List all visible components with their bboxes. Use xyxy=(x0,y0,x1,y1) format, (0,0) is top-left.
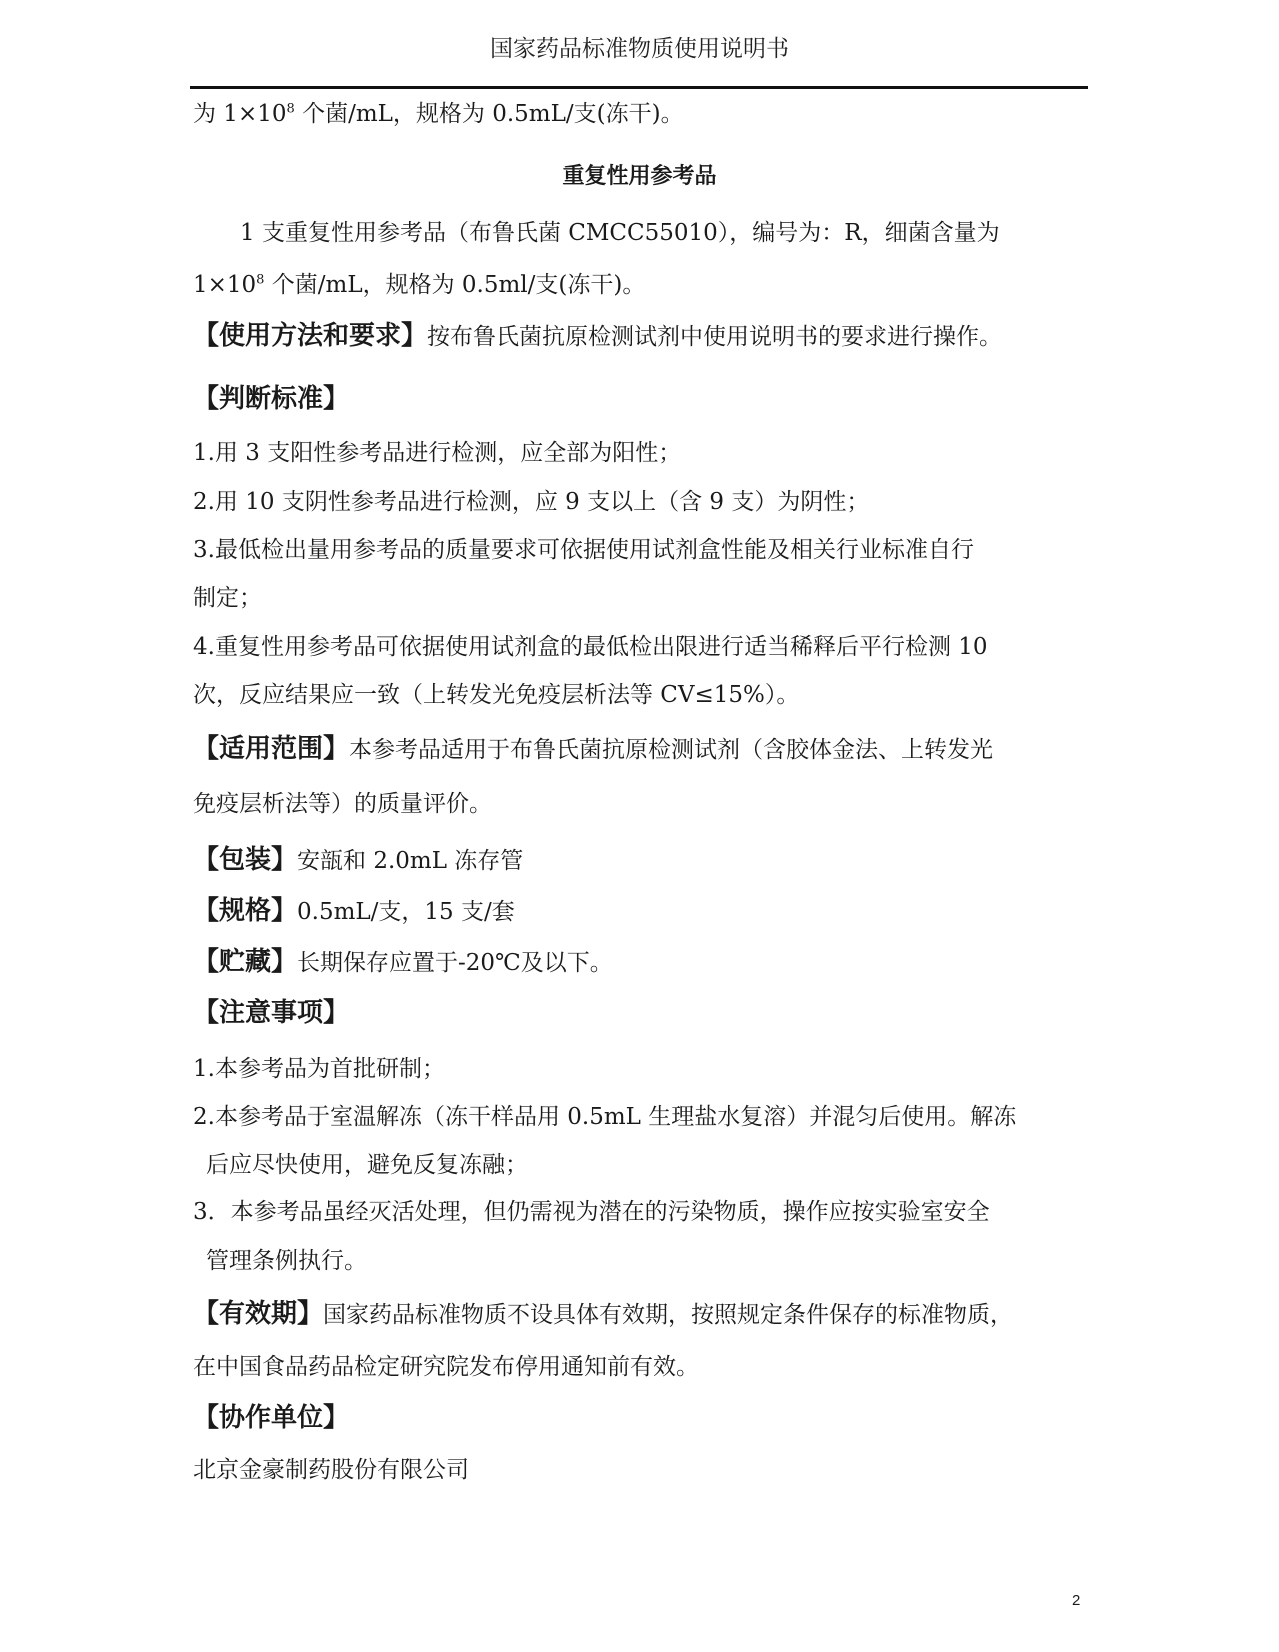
criteria-item-1: 1.用 3 支阳性参考品进行检测，应全部为阳性； xyxy=(193,438,681,468)
notes-item-3-cont: 管理条例执行。 xyxy=(206,1246,367,1276)
collaborator-name: 北京金豪制药股份有限公司 xyxy=(193,1455,469,1485)
scope-heading: 【适用范围】 xyxy=(193,734,349,764)
criteria-heading: 【判断标准】 xyxy=(193,384,349,414)
usage-heading: 【使用方法和要求】 xyxy=(193,321,427,351)
notes-heading: 【注意事项】 xyxy=(193,998,349,1028)
scope-text-cont: 免疫层析法等）的质量评价。 xyxy=(193,789,492,819)
criteria-item-3: 3.最低检出量用参考品的质量要求可依据使用试剂盒性能及相关行业标准自行 xyxy=(193,535,974,565)
storage-text: 长期保存应置于-20℃及以下。 xyxy=(297,950,613,976)
validity-text-cont: 在中国食品药品检定研究院发布停用通知前有效。 xyxy=(193,1352,699,1382)
notes-item-1: 1.本参考品为首批研制； xyxy=(193,1054,445,1084)
criteria-item-3-cont: 制定； xyxy=(193,583,262,613)
intro-text-b: 个菌/mL，规格为 0.5mL/支(冻干)。 xyxy=(295,101,684,127)
rep-text-a: 1×10 xyxy=(193,272,256,298)
intro-line: 为 1×108 个菌/mL，规格为 0.5mL/支(冻干)。 xyxy=(193,99,684,129)
rep-text-b: 个菌/mL，规格为 0.5ml/支(冻干)。 xyxy=(264,272,645,298)
header-rule xyxy=(190,86,1088,89)
criteria-item-2: 2.用 10 支阴性参考品进行检测，应 9 支以上（含 9 支）为阴性； xyxy=(193,487,869,517)
spec-paragraph: 【规格】0.5mL/支，15 支/套 xyxy=(193,896,515,927)
packaging-heading: 【包装】 xyxy=(193,845,297,875)
criteria-item-4-cont: 次，反应结果应一致（上转发光免疫层析法等 CV≤15%）。 xyxy=(193,680,799,710)
repeatability-line-2: 1×108 个菌/mL，规格为 0.5ml/支(冻干)。 xyxy=(193,270,645,300)
usage-paragraph: 【使用方法和要求】按布鲁氏菌抗原检测试剂中使用说明书的要求进行操作。 xyxy=(193,321,1002,352)
collaborator-heading-row: 【协作单位】 xyxy=(193,1403,349,1434)
criteria-heading-row: 【判断标准】 xyxy=(193,384,349,415)
scope-paragraph: 【适用范围】本参考品适用于布鲁氏菌抗原检测试剂（含胶体金法、上转发光 xyxy=(193,734,993,765)
intro-text-a: 为 1×10 xyxy=(193,101,286,127)
repeatability-line-1: 1 支重复性用参考品（布鲁氏菌 CMCC55010），编号为：R，细菌含量为 xyxy=(240,218,1000,248)
notes-item-2: 2.本参考品于室温解冻（冻干样品用 0.5mL 生理盐水复溶）并混匀后使用。解冻 xyxy=(193,1102,1016,1132)
document-header-title: 国家药品标准物质使用说明书 xyxy=(0,30,1279,63)
criteria-item-4: 4.重复性用参考品可依据使用试剂盒的最低检出限进行适当稀释后平行检测 10 xyxy=(193,632,988,662)
notes-heading-row: 【注意事项】 xyxy=(193,998,349,1029)
validity-heading: 【有效期】 xyxy=(193,1299,323,1329)
notes-item-3: 3．本参考品虽经灭活处理，但仍需视为潜在的污染物质，操作应按实验室安全 xyxy=(193,1197,990,1227)
packaging-text: 安瓿和 2.0mL 冻存管 xyxy=(297,848,523,874)
notes-item-2-cont: 后应尽快使用，避免反复冻融； xyxy=(206,1150,528,1180)
validity-paragraph: 【有效期】国家药品标准物质不设具体有效期，按照规定条件保存的标准物质， xyxy=(193,1299,1013,1330)
intro-exponent: 8 xyxy=(286,101,294,116)
spec-text: 0.5mL/支，15 支/套 xyxy=(297,899,515,925)
scope-text: 本参考品适用于布鲁氏菌抗原检测试剂（含胶体金法、上转发光 xyxy=(349,737,993,763)
validity-text: 国家药品标准物质不设具体有效期，按照规定条件保存的标准物质， xyxy=(323,1302,1013,1328)
spec-heading: 【规格】 xyxy=(193,896,297,926)
section-title-repeatability: 重复性用参考品 xyxy=(0,162,1279,192)
storage-paragraph: 【贮藏】长期保存应置于-20℃及以下。 xyxy=(193,947,613,978)
page-number: 2 xyxy=(1072,1592,1080,1609)
usage-text: 按布鲁氏菌抗原检测试剂中使用说明书的要求进行操作。 xyxy=(427,324,1002,350)
collaborator-heading: 【协作单位】 xyxy=(193,1403,349,1433)
storage-heading: 【贮藏】 xyxy=(193,947,297,977)
packaging-paragraph: 【包装】安瓿和 2.0mL 冻存管 xyxy=(193,845,523,876)
